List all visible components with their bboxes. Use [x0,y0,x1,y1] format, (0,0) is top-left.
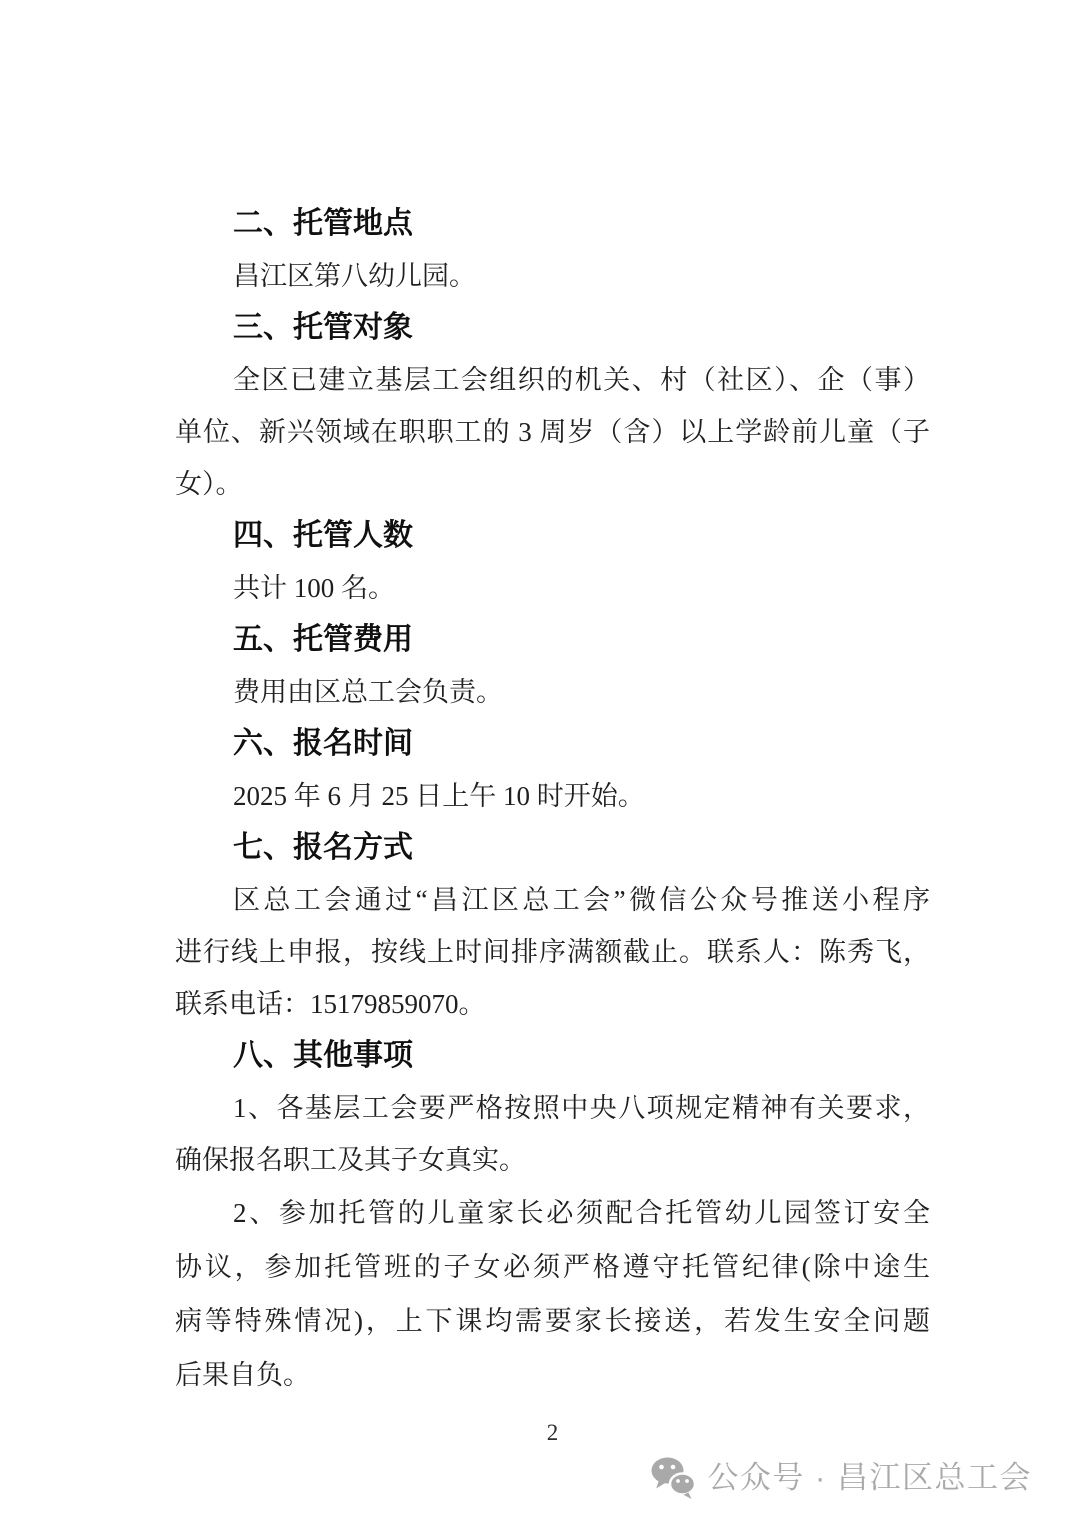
section-heading: 三、托管对象 [175,302,930,354]
document-text-line: 病等特殊情况)，上下课均需要家长接送，若发生安全问题 [175,1294,930,1348]
document-content: 二、托管地点昌江区第八幼儿园。三、托管对象全区已建立基层工会组织的机关、村（社区… [175,198,930,1402]
document-text-line: 共计 100 名。 [175,562,930,614]
document-text-line: 后果自负。 [175,1348,930,1402]
document-text-line: 协议，参加托管班的子女必须严格遵守托管纪律(除中途生 [175,1240,930,1294]
document-text-line: 2025 年 6 月 25 日上午 10 时开始。 [175,770,930,822]
document-text-line: 进行线上申报，按线上时间排序满额截止。联系人：陈秀飞， [175,926,930,978]
document-text-line: 全区已建立基层工会组织的机关、村（社区）、企（事） [175,354,930,406]
document-text-line: 费用由区总工会负责。 [175,666,930,718]
wechat-icon [650,1456,696,1500]
document-text-line: 1、各基层工会要严格按照中央八项规定精神有关要求， [175,1082,930,1134]
page-number: 2 [175,1420,930,1446]
section-heading: 八、其他事项 [175,1030,930,1082]
section-heading: 七、报名方式 [175,822,930,874]
section-heading: 六、报名时间 [175,718,930,770]
section-heading: 四、托管人数 [175,510,930,562]
section-heading: 五、托管费用 [175,614,930,666]
document-text-line: 女）。 [175,458,930,510]
document-text-line: 2、参加托管的儿童家长必须配合托管幼儿园签订安全 [175,1186,930,1240]
section-heading: 二、托管地点 [175,198,930,250]
document-text-line: 区总工会通过“昌江区总工会”微信公众号推送小程序 [175,874,930,926]
wechat-watermark: 公众号 · 昌江区总工会 [650,1456,1032,1500]
watermark-text: 公众号 · 昌江区总工会 [707,1456,1032,1500]
document-page: 二、托管地点昌江区第八幼儿园。三、托管对象全区已建立基层工会组织的机关、村（社区… [0,0,1080,1527]
document-text-line: 昌江区第八幼儿园。 [175,250,930,302]
document-text-line: 确保报名职工及其子女真实。 [175,1134,930,1186]
document-text-line: 单位、新兴领域在职职工的 3 周岁（含）以上学龄前儿童（子 [175,406,930,458]
document-text-line: 联系电话：15179859070。 [175,978,930,1030]
